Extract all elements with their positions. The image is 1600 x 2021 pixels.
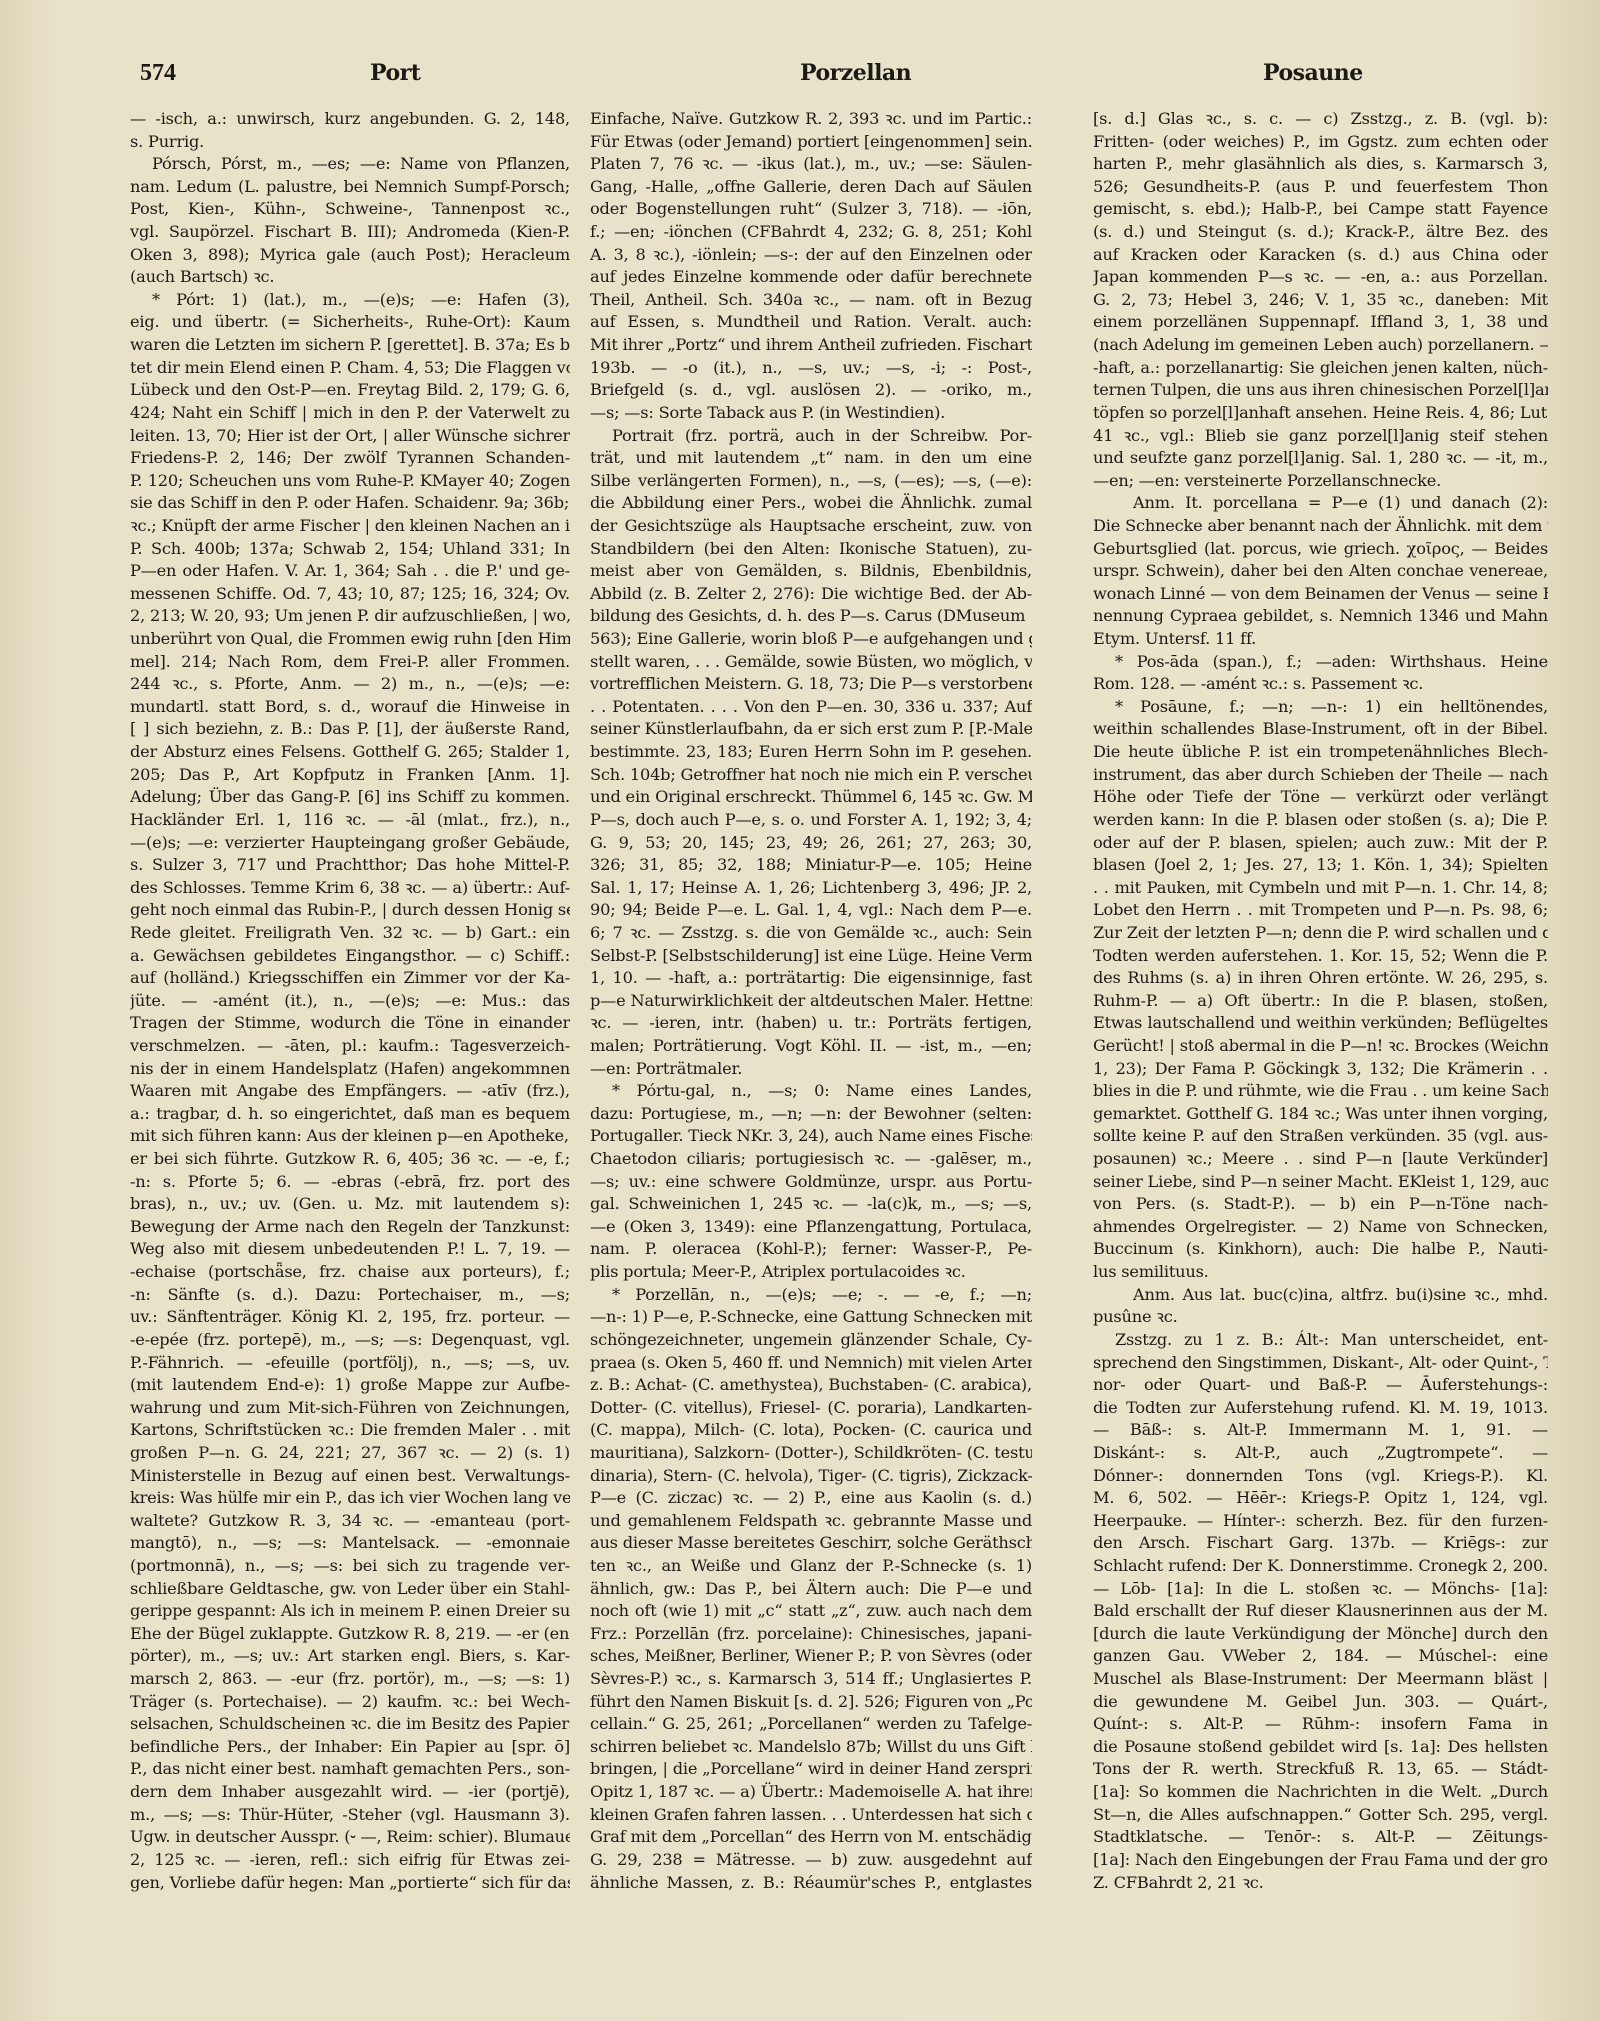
- text-line: mit sich führen kann: Aus der kleinen p—…: [130, 1125, 570, 1148]
- text-line: plis portula; Meer-P., Atriplex portulac…: [590, 1261, 1032, 1284]
- text-line: . . Potentaten. . . . Von den P—en. 30, …: [590, 696, 1032, 719]
- text-line: Anm. It. porcellana = P—e (1) und danach…: [1093, 492, 1548, 515]
- text-line: uv.: Sänftenträger. König Kl. 2, 195, fr…: [130, 1306, 570, 1329]
- text-line: Tons der R. werth. Streckfuß R. 13, 65. …: [1093, 1758, 1548, 1781]
- text-line: Gang, -Halle, „offne Gallerie, deren Dac…: [590, 176, 1032, 199]
- text-line: schließbare Geldtasche, gw. von Leder üb…: [130, 1578, 570, 1601]
- text-line: die Abbildung einer Pers., wobei die Ähn…: [590, 492, 1032, 515]
- text-line: —n-: 1) P—e, P.-Schnecke, eine Gattung S…: [590, 1306, 1032, 1329]
- text-line: weithin schallendes Blase-Instrument, of…: [1093, 718, 1548, 741]
- text-line: leiten. 13, 70; Hier ist der Ort, | alle…: [130, 425, 570, 448]
- text-line: Muschel als Blase-Instrument: Der Meerma…: [1093, 1668, 1548, 1691]
- text-line: ähnliche Massen, z. B.: Réaumür'sches P.…: [590, 1872, 1032, 1895]
- text-line: noch oft (wie 1) mit „c“ statt „z“, zuw.…: [590, 1600, 1032, 1623]
- text-line: Post, Kien-, Kühn-, Schweine-, Tannenpos…: [130, 198, 570, 221]
- text-line: Einfache, Naïve. Gutzkow R. 2, 393 ꝛc. u…: [590, 108, 1032, 131]
- text-line: 41 ꝛc., vgl.: Blieb sie ganz porzel[l]an…: [1093, 425, 1548, 448]
- text-line: bras), n., uv.; uv. (Gen. u. Mz. mit lau…: [130, 1193, 570, 1216]
- text-line: Dotter- (C. vitellus), Friesel- (C. pora…: [590, 1397, 1032, 1420]
- text-line: * Pórt: 1) (lat.), m., —(e)s; —e: Hafen …: [130, 289, 570, 312]
- text-line: p—e Naturwirklichkeit der altdeutschen M…: [590, 990, 1032, 1013]
- text-line: bestimmte. 23, 183; Euren Herrn Sohn im …: [590, 741, 1032, 764]
- text-line: ꝛc. — -ieren, intr. (haben) u. tr.: Port…: [590, 1012, 1032, 1035]
- text-line: Kartons, Schriftstücken ꝛc.: Die fremden…: [130, 1419, 570, 1442]
- text-line: [ ] sich beziehn, z. B.: Das P. [1], der…: [130, 718, 570, 741]
- text-line: kreis: Was hülfe mir ein P., das ich vie…: [130, 1487, 570, 1510]
- text-line: messenen Schiffe. Od. 7, 43; 10, 87; 125…: [130, 583, 570, 606]
- text-line: cellain.“ G. 25, 261; „Porcellanen“ werd…: [590, 1713, 1032, 1736]
- text-line: und ein Original erschreckt. Thümmel 6, …: [590, 786, 1032, 809]
- text-line: Träger (s. Portechaise). — 2) kaufm. ꝛc.…: [130, 1691, 570, 1714]
- text-line: Mit ihrer „Portz“ und ihrem Antheil zufr…: [590, 334, 1032, 357]
- text-line: mangtō), n., —s; —s: Mantelsack. — -emon…: [130, 1532, 570, 1555]
- text-line: Sal. 1, 17; Heinse A. 1, 26; Lichtenberg…: [590, 877, 1032, 900]
- text-line: 563); Eine Gallerie, worin bloß P—e aufg…: [590, 628, 1032, 651]
- text-line: 1, 23); Der Fama P. Göckingk 3, 132; Die…: [1093, 1058, 1548, 1081]
- text-line: aus dieser Masse bereitetes Geschirr, so…: [590, 1532, 1032, 1555]
- text-line: — Bāß-: s. Alt-P. Immermann M. 1, 91. —: [1093, 1419, 1548, 1442]
- text-line: kleinen Grafen fahren lassen. . . Unterd…: [590, 1804, 1032, 1827]
- text-line: 1, 10. — -haft, a.: porträtartig: Die ei…: [590, 967, 1032, 990]
- text-line: nennung Cypraea gebildet, s. Nemnich 134…: [1093, 605, 1548, 628]
- text-line: [1a]: Nach den Eingebungen der Frau Fama…: [1093, 1849, 1548, 1872]
- text-line: auf Essen, s. Mundtheil und Ration. Vera…: [590, 311, 1032, 334]
- text-line: die Todten zur Auferstehung rufend. Kl. …: [1093, 1397, 1548, 1420]
- text-line: geht noch einmal das Rubin-P., | durch d…: [130, 899, 570, 922]
- text-line: bildung des Gesichts, d. h. des P—s. Car…: [590, 605, 1032, 628]
- text-line: gal. Schweinichen 1, 245 ꝛc. — -la(c)k, …: [590, 1193, 1032, 1216]
- text-line: — -isch, a.: unwirsch, kurz angebunden. …: [130, 108, 570, 131]
- text-line: jüte. — -amént (it.), n., —(e)s; —e: Mus…: [130, 990, 570, 1013]
- text-line: -haft, a.: porzellanartig: Sie gleichen …: [1093, 357, 1548, 380]
- text-line: Fritten- (oder weiches) P., im Ggstz. zu…: [1093, 131, 1548, 154]
- text-line: Hackländer Erl. 1, 116 ꝛc. — -āl (mlat.,…: [130, 809, 570, 832]
- text-line: nam. P. oleracea (Kohl-P.); ferner: Wass…: [590, 1238, 1032, 1261]
- text-line: . . mit Pauken, mit Cymbeln und mit P—n.…: [1093, 877, 1548, 900]
- text-line: 205; Das P., Art Kopfputz in Franken [An…: [130, 764, 570, 787]
- text-line: vgl. Saupörzel. Fischart B. III); Androm…: [130, 221, 570, 244]
- text-line: von Pers. (s. Stadt-P.). — b) ein P—n-Tö…: [1093, 1193, 1548, 1216]
- text-line: (nach Adelung im gemeinen Leben auch) po…: [1093, 334, 1548, 357]
- text-line: 2, 125 ꝛc. — -ieren, refl.: sich eifrig …: [130, 1849, 570, 1872]
- text-line: die gewundene M. Geibel Jun. 303. — Quár…: [1093, 1691, 1548, 1714]
- text-column-middle: Einfache, Naïve. Gutzkow R. 2, 393 ꝛc. u…: [590, 108, 1032, 1894]
- text-line: meist aber von Gemälden, s. Bildnis, Ebe…: [590, 560, 1032, 583]
- text-line: dern dem Inhaber ausgezahlt wird. — -ier…: [130, 1781, 570, 1804]
- text-line: auf jedes Einzelne kommende oder dafür b…: [590, 266, 1032, 289]
- text-line: urspr. Schwein), daher bei den Alten con…: [1093, 560, 1548, 583]
- text-line: dinaria), Stern- (C. helvola), Tiger- (C…: [590, 1465, 1032, 1488]
- text-line: Friedens-P. 2, 146; Der zwölf Tyrannen S…: [130, 447, 570, 470]
- text-line: pörter), m., —s; uv.: Art starken engl. …: [130, 1645, 570, 1668]
- text-line: [durch die laute Verkündigung der Mönche…: [1093, 1623, 1548, 1646]
- text-line: malen; Porträtierung. Vogt Köhl. II. — -…: [590, 1035, 1032, 1058]
- text-line: dazu: Portugiese, m., —n; —n: der Bewohn…: [590, 1103, 1032, 1126]
- text-line: eig. und übertr. (= Sicherheits-, Ruhe-O…: [130, 311, 570, 334]
- text-line: G. 29, 238 = Mätresse. — b) zuw. ausgede…: [590, 1849, 1032, 1872]
- text-line: Etym. Untersf. 11 ff.: [1093, 628, 1548, 651]
- text-line: Ruhm-P. — a) Oft übertr.: In die P. blas…: [1093, 990, 1548, 1013]
- page-number: 574: [140, 60, 176, 87]
- text-line: * Posāune, f.; —n; —n-: 1) ein helltönen…: [1093, 696, 1548, 719]
- text-line: Anm. Aus lat. buc(c)ina, altfrz. bu(i)si…: [1093, 1284, 1548, 1307]
- text-line: waltete? Gutzkow R. 3, 34 ꝛc. — -emantea…: [130, 1510, 570, 1533]
- text-line: stellt waren, . . . Gemälde, sowie Büste…: [590, 651, 1032, 674]
- text-line: G. 9, 53; 20, 145; 23, 49; 26, 261; 27, …: [590, 832, 1032, 855]
- text-line: einem porzellänen Suppennapf. Iffland 3,…: [1093, 311, 1548, 334]
- text-line: A. 3, 8 ꝛc.), -iönlein; —s-: der auf den…: [590, 244, 1032, 267]
- text-line: gemarktet. Gotthelf G. 184 ꝛc.; Was unte…: [1093, 1103, 1548, 1126]
- text-line: nor- oder Quart- und Baß-P. — Āuferstehu…: [1093, 1374, 1548, 1397]
- text-line: —en: Porträtmaler.: [590, 1058, 1032, 1081]
- text-line: Briefgeld (s. d., vgl. auslösen 2). — -o…: [590, 379, 1032, 402]
- text-line: wonach Linné — von dem Beinamen der Venu…: [1093, 583, 1548, 606]
- text-line: sie das Schiff in den P. oder Hafen. Sch…: [130, 492, 570, 515]
- text-line: des Ruhms (s. a) in ihren Ohren ertönte.…: [1093, 967, 1548, 990]
- text-line: Die heute übliche P. ist ein trompetenäh…: [1093, 741, 1548, 764]
- text-line: f.; —en; -iönchen (CFBahrdt 4, 232; G. 8…: [590, 221, 1032, 244]
- text-line: blasen (Joel 2, 1; Jes. 27, 13; 1. Kön. …: [1093, 854, 1548, 877]
- text-line: 193b. — -o (it.), n., —s, uv.; —s, -i; -…: [590, 357, 1032, 380]
- text-line: und gemahlenem Feldspath ꝛc. gebrannte M…: [590, 1510, 1032, 1533]
- text-line: s. Purrig.: [130, 131, 570, 154]
- text-line: Dónner-: donnernden Tons (vgl. Kriegs-P.…: [1093, 1465, 1548, 1488]
- text-line: 424; Naht ein Schiff | mich in den P. de…: [130, 402, 570, 425]
- text-line: P. 120; Scheuchen uns vom Ruhe-P. KMayer…: [130, 470, 570, 493]
- text-line: sprechend den Singstimmen, Diskant-, Alt…: [1093, 1352, 1548, 1375]
- text-line: Rede gleitet. Freiligrath Ven. 32 ꝛc. — …: [130, 922, 570, 945]
- text-line: -echaise (portschǟse, frz. chaise aux po…: [130, 1261, 570, 1284]
- text-line: er bei sich führte. Gutzkow R. 6, 405; 3…: [130, 1148, 570, 1171]
- text-line: die Posaune stoßend gebildet wird [s. 1a…: [1093, 1736, 1548, 1759]
- text-line: den Arsch. Fischart Garg. 137b. — Kriēgs…: [1093, 1532, 1548, 1555]
- text-line: Theil, Antheil. Sch. 340a ꝛc., — nam. of…: [590, 289, 1032, 312]
- text-line: Waaren mit Angabe des Empfängers. — -atī…: [130, 1080, 570, 1103]
- text-line: -n: Sänfte (s. d.). Dazu: Portechaiser, …: [130, 1284, 570, 1307]
- text-line: —s; uv.: eine schwere Goldmünze, urspr. …: [590, 1171, 1032, 1194]
- text-line: Quínt-: s. Alt-P. — Rūhm-: insofern Fama…: [1093, 1713, 1548, 1736]
- text-line: Abbild (z. B. Zelter 2, 276): Die wichti…: [590, 583, 1032, 606]
- text-line: harten P., mehr glasähnlich als dies, s.…: [1093, 153, 1548, 176]
- text-line: (auch Bartsch) ꝛc.: [130, 266, 570, 289]
- text-line: Sch. 104b; Getroffner hat noch nie mich …: [590, 764, 1032, 787]
- text-line: sollte keine P. auf den Straßen verkünde…: [1093, 1125, 1548, 1148]
- text-line: Adelung; Über das Gang-P. [6] ins Schiff…: [130, 786, 570, 809]
- text-line: Japan kommenden P—s ꝛc. — -en, a.: aus P…: [1093, 266, 1548, 289]
- text-line: mel]. 214; Nach Rom, dem Frei-P. aller F…: [130, 651, 570, 674]
- text-line: Lübeck und den Ost-P—en. Freytag Bild. 2…: [130, 379, 570, 402]
- text-line: * Porzellān, n., —(e)s; —e; -. — -e, f.;…: [590, 1284, 1032, 1307]
- text-line: —(e)s; —e: verzierter Haupteingang große…: [130, 832, 570, 855]
- text-line: P. Sch. 400b; 137a; Schwab 2, 154; Uhlan…: [130, 538, 570, 561]
- text-line: gerippe gespannt: Als ich in meinem P. e…: [130, 1600, 570, 1623]
- text-line: Weg also mit diesem unbedeutenden P.! L.…: [130, 1238, 570, 1261]
- text-line: mundartl. statt Bord, s. d., worauf die …: [130, 696, 570, 719]
- text-line: 2, 213; W. 20, 93; Um jenen P. dir aufzu…: [130, 605, 570, 628]
- text-line: seiner Liebe, sind P—n seiner Macht. EKl…: [1093, 1171, 1548, 1194]
- text-line: blies in die P. und rühmte, wie die Frau…: [1093, 1080, 1548, 1103]
- text-line: [s. d.] Glas ꝛc., s. c. — c) Zsstzg., z.…: [1093, 108, 1548, 131]
- text-line: ahmendes Orgelregister. — 2) Name von Sc…: [1093, 1216, 1548, 1239]
- text-line: oder auf der P. blasen, spielen; auch zu…: [1093, 832, 1548, 855]
- text-line: Ugw. in deutscher Ausspr. (⏑ —, Reim: sc…: [130, 1826, 570, 1849]
- text-line: auf (holländ.) Kriegsschiffen ein Zimmer…: [130, 967, 570, 990]
- text-line: führt den Namen Biskuit [s. d. 2]. 526; …: [590, 1691, 1032, 1714]
- text-line: verschmelzen. — -āten, pl.: kaufm.: Tage…: [130, 1035, 570, 1058]
- text-line: posaunen) ꝛc.; Meere . . sind P—n [laute…: [1093, 1148, 1548, 1171]
- text-line: 90; 94; Beide P—e. L. Gal. 1, 4, vgl.: N…: [590, 899, 1032, 922]
- text-line: bringen, | die „Porcellane“ wird in dein…: [590, 1758, 1032, 1781]
- text-line: (portmonnā), n., —s; —s: bei sich zu tra…: [130, 1555, 570, 1578]
- text-line: ähnlich, gw.: Das P., bei Ältern auch: D…: [590, 1578, 1032, 1601]
- text-line: auf Kracken oder Karacken (s. d.) aus Ch…: [1093, 244, 1548, 267]
- text-line: schirren beliebet ꝛc. Mandelslo 87b; Wil…: [590, 1736, 1032, 1759]
- text-line: 326; 31, 85; 32, 188; Miniatur-P—e. 105;…: [590, 854, 1032, 877]
- text-line: ten ꝛc., an Weiße und Glanz der P.-Schne…: [590, 1555, 1032, 1578]
- text-line: unberührt von Qual, die Frommen ewig ruh…: [130, 628, 570, 651]
- text-column-left: — -isch, a.: unwirsch, kurz angebunden. …: [130, 108, 570, 1894]
- text-line: gen, Vorliebe dafür hegen: Man „portiert…: [130, 1872, 570, 1895]
- text-line: Stadtklatsche. — Tenōr-: s. Alt-P. — Zēi…: [1093, 1826, 1548, 1849]
- text-line: -e-epée (frz. portepē), m., —s; —s: Dege…: [130, 1329, 570, 1352]
- text-line: Buccinum (s. Kinkhorn), auch: Die halbe …: [1093, 1238, 1548, 1261]
- text-line: Oken 3, 898); Myrica gale (auch Post); H…: [130, 244, 570, 267]
- text-line: P.-Fähnrich. — -efeuille (portfölj), n.,…: [130, 1352, 570, 1375]
- text-line: * Pórtu-gal, n., —s; 0: Name eines Lande…: [590, 1080, 1032, 1103]
- text-line: (s. d.) und Steingut (s. d.); Krack-P., …: [1093, 221, 1548, 244]
- text-line: Die Schnecke aber benannt nach der Ähnli…: [1093, 515, 1548, 538]
- text-line: praea (s. Oken 5, 460 ff. und Nemnich) m…: [590, 1352, 1032, 1375]
- text-line: waren die Letzten im sichern P. [gerette…: [130, 334, 570, 357]
- text-line: [1a]: So kommen die Nachrichten in die W…: [1093, 1781, 1548, 1804]
- text-line: Opitz 1, 187 ꝛc. — a) Übertr.: Mademoise…: [590, 1781, 1032, 1804]
- text-line: (mit lautendem End-e): 1) große Mappe zu…: [130, 1374, 570, 1397]
- text-line: Gerücht! | stoß abermal in die P—n! ꝛc. …: [1093, 1035, 1548, 1058]
- text-line: seiner Künstlerlaufbahn, da er sich erst…: [590, 718, 1032, 741]
- text-line: m., —s; —s: Thür-Hüter, -Steher (vgl. Ha…: [130, 1804, 570, 1827]
- text-line: oder Bogenstellungen ruht“ (Sulzer 3, 71…: [590, 198, 1032, 221]
- text-line: Rom. 128. — -amént ꝛc.: s. Passement ꝛc.: [1093, 673, 1548, 696]
- text-line: Todten werden auferstehen. 1. Kor. 15, 5…: [1093, 945, 1548, 968]
- text-line: 526; Gesundheits-P. (aus P. und feuerfes…: [1093, 176, 1548, 199]
- guide-word-last: Posaune: [1263, 60, 1363, 86]
- text-line: Bald erschallt der Ruf dieser Klausnerin…: [1093, 1600, 1548, 1623]
- text-line: z. B.: Achat- (C. amethystea), Buchstabe…: [590, 1374, 1032, 1397]
- text-line: marsch 2, 863. — -eur (frz. portör), m.,…: [130, 1668, 570, 1691]
- page-header: 574 Port Porzellan Posaune: [0, 48, 1600, 88]
- text-line: Diskánt-: s. Alt-P., auch „Zugtrompete“.…: [1093, 1442, 1548, 1465]
- text-line: mauritiana), Salzkorn- (Dotter-), Schild…: [590, 1442, 1032, 1465]
- text-line: befindliche Pers., der Inhaber: Ein Papi…: [130, 1736, 570, 1759]
- text-line: sches, Meißner, Berliner, Wiener P.; P. …: [590, 1645, 1032, 1668]
- text-line: lus semilituus.: [1093, 1261, 1548, 1284]
- text-line: s. Sulzer 3, 717 und Prachtthor; Das hoh…: [130, 854, 570, 877]
- text-line: trät, und mit lautendem „t“ nam. in den …: [590, 447, 1032, 470]
- text-line: Silbe verlängerten Formen), n., —s, (—es…: [590, 470, 1032, 493]
- text-line: nis der in einem Handelsplatz (Hafen) an…: [130, 1058, 570, 1081]
- text-line: Sèvres-P.) ꝛc., s. Karmarsch 3, 514 ff.;…: [590, 1668, 1032, 1691]
- text-line: und seufzte ganz porzel[l]anig. Sal. 1, …: [1093, 447, 1548, 470]
- text-line: M. 6, 502. — Hēēr-: Kriegs-P. Opitz 1, 1…: [1093, 1487, 1548, 1510]
- text-line: Schlacht rufend: Der K. Donnerstimme. Cr…: [1093, 1555, 1548, 1578]
- text-line: Für Etwas (oder Jemand) portiert [eingen…: [590, 131, 1032, 154]
- text-line: St—n, die Alles aufschnappen.“ Gotter Sc…: [1093, 1804, 1548, 1827]
- text-line: Ministerstelle in Bezug auf einen best. …: [130, 1465, 570, 1488]
- text-line: ꝛc.; Knüpft der arme Fischer | den klein…: [130, 515, 570, 538]
- text-line: — Lōb- [1a]: In die L. stoßen ꝛc. — Mönc…: [1093, 1578, 1548, 1601]
- text-line: Z. CFBahrdt 2, 21 ꝛc.: [1093, 1872, 1548, 1895]
- text-line: vortrefflichen Meistern. G. 18, 73; Die …: [590, 673, 1032, 696]
- text-line: Ehe der Bügel zuklappte. Gutzkow R. 8, 2…: [130, 1623, 570, 1646]
- text-line: * Pos-āda (span.), f.; —aden: Wirthshaus…: [1093, 651, 1548, 674]
- text-line: P—s, doch auch P—e, s. o. und Forster A.…: [590, 809, 1032, 832]
- text-line: Zur Zeit der letzten P—n; denn die P. wi…: [1093, 922, 1548, 945]
- text-line: ternen Tulpen, die uns aus ihren chinesi…: [1093, 379, 1548, 402]
- text-line: Tragen der Stimme, wodurch die Töne in e…: [130, 1012, 570, 1035]
- text-line: ganzen Gau. VWeber 2, 184. — Múschel-: e…: [1093, 1645, 1548, 1668]
- text-line: —e (Oken 3, 1349): eine Pflanzengattung,…: [590, 1216, 1032, 1239]
- text-line: G. 2, 73; Hebel 3, 246; V. 1, 35 ꝛc., da…: [1093, 289, 1548, 312]
- text-line: instrument, das aber durch Schieben der …: [1093, 764, 1548, 787]
- text-line: Platen 7, 76 ꝛc. — -ikus (lat.), m., uv.…: [590, 153, 1032, 176]
- text-line: Lobet den Herrn . . mit Trompeten und P—…: [1093, 899, 1548, 922]
- text-line: (C. mappa), Milch- (C. lota), Pocken- (C…: [590, 1419, 1032, 1442]
- text-line: pusûne ꝛc.: [1093, 1306, 1548, 1329]
- text-line: -n: s. Pforte 5; 6. — -ebras (-ebrā, frz…: [130, 1171, 570, 1194]
- text-line: P., das nicht einer best. namhaft gemach…: [130, 1758, 570, 1781]
- text-line: P—en oder Hafen. V. Ar. 1, 364; Sah . . …: [130, 560, 570, 583]
- text-line: Chaetodon ciliaris; portugiesisch ꝛc. — …: [590, 1148, 1032, 1171]
- text-line: großen P—n. G. 24, 221; 27, 367 ꝛc. — 2)…: [130, 1442, 570, 1465]
- text-line: a. Gewächsen gebildetes Eingangsthor. — …: [130, 945, 570, 968]
- text-line: schöngezeichneter, ungemein glänzender S…: [590, 1329, 1032, 1352]
- text-line: —s; —s: Sorte Taback aus P. (in Westindi…: [590, 402, 1032, 425]
- text-line: wahrung und zum Mit-sich-Führen von Zeic…: [130, 1397, 570, 1420]
- text-column-right: [s. d.] Glas ꝛc., s. c. — c) Zsstzg., z.…: [1093, 108, 1548, 1894]
- text-line: Zsstzg. zu 1 z. B.: Ált-: Man unterschei…: [1093, 1329, 1548, 1352]
- text-line: Geburtsglied (lat. porcus, wie griech. χ…: [1093, 538, 1548, 561]
- text-line: gemischt, s. ebd.); Halb-P., bei Campe s…: [1093, 198, 1548, 221]
- text-line: der Absturz eines Felsens. Gotthelf G. 2…: [130, 741, 570, 764]
- text-line: Heerpauke. — Hínter-: scherzh. Bez. für …: [1093, 1510, 1548, 1533]
- text-line: Standbildern (bei den Alten: Ikonische S…: [590, 538, 1032, 561]
- text-line: 6; 7 ꝛc. — Zsstzg. s. die von Gemälde ꝛc…: [590, 922, 1032, 945]
- text-line: Pórsch, Pórst, m., —es; —e: Name von Pfl…: [130, 153, 570, 176]
- text-line: a.: tragbar, d. h. so eingerichtet, daß …: [130, 1103, 570, 1126]
- text-line: —en; —en: versteinerte Porzellanschnecke…: [1093, 470, 1548, 493]
- text-line: töpfen so porzel[l]anhaft ansehen. Heine…: [1093, 402, 1548, 425]
- text-line: Portugaller. Tieck NKr. 3, 24), auch Nam…: [590, 1125, 1032, 1148]
- text-line: Portrait (frz. porträ, auch in der Schre…: [590, 425, 1032, 448]
- text-line: selsachen, Schuldscheinen ꝛc. die im Bes…: [130, 1713, 570, 1736]
- text-line: des Schlosses. Temme Krim 6, 38 ꝛc. — a)…: [130, 877, 570, 900]
- text-line: werden kann: In die P. blasen oder stoße…: [1093, 809, 1548, 832]
- guide-word-middle: Porzellan: [800, 60, 911, 86]
- text-line: Höhe oder Tiefe der Töne — verkürzt oder…: [1093, 786, 1548, 809]
- text-line: P—e (C. ziczac) ꝛc. — 2) P., eine aus Ka…: [590, 1487, 1032, 1510]
- text-line: Selbst-P. [Selbstschilderung] ist eine L…: [590, 945, 1032, 968]
- text-line: 244 ꝛc., s. Pforte, Anm. — 2) m., n., —(…: [130, 673, 570, 696]
- text-line: Bewegung der Arme nach den Regeln der Ta…: [130, 1216, 570, 1239]
- text-line: der Gesichtszüge als Hauptsache erschein…: [590, 515, 1032, 538]
- text-line: Graf mit dem „Porcellan“ des Herrn von M…: [590, 1826, 1032, 1849]
- text-line: Frz.: Porzellān (frz. porcelaine): Chine…: [590, 1623, 1032, 1646]
- text-line: Etwas lautschallend und weithin verkünde…: [1093, 1012, 1548, 1035]
- text-line: nam. Ledum (L. palustre, bei Nemnich Sum…: [130, 176, 570, 199]
- guide-word-first: Port: [370, 60, 420, 86]
- text-line: tet dir mein Elend einen P. Cham. 4, 53;…: [130, 357, 570, 380]
